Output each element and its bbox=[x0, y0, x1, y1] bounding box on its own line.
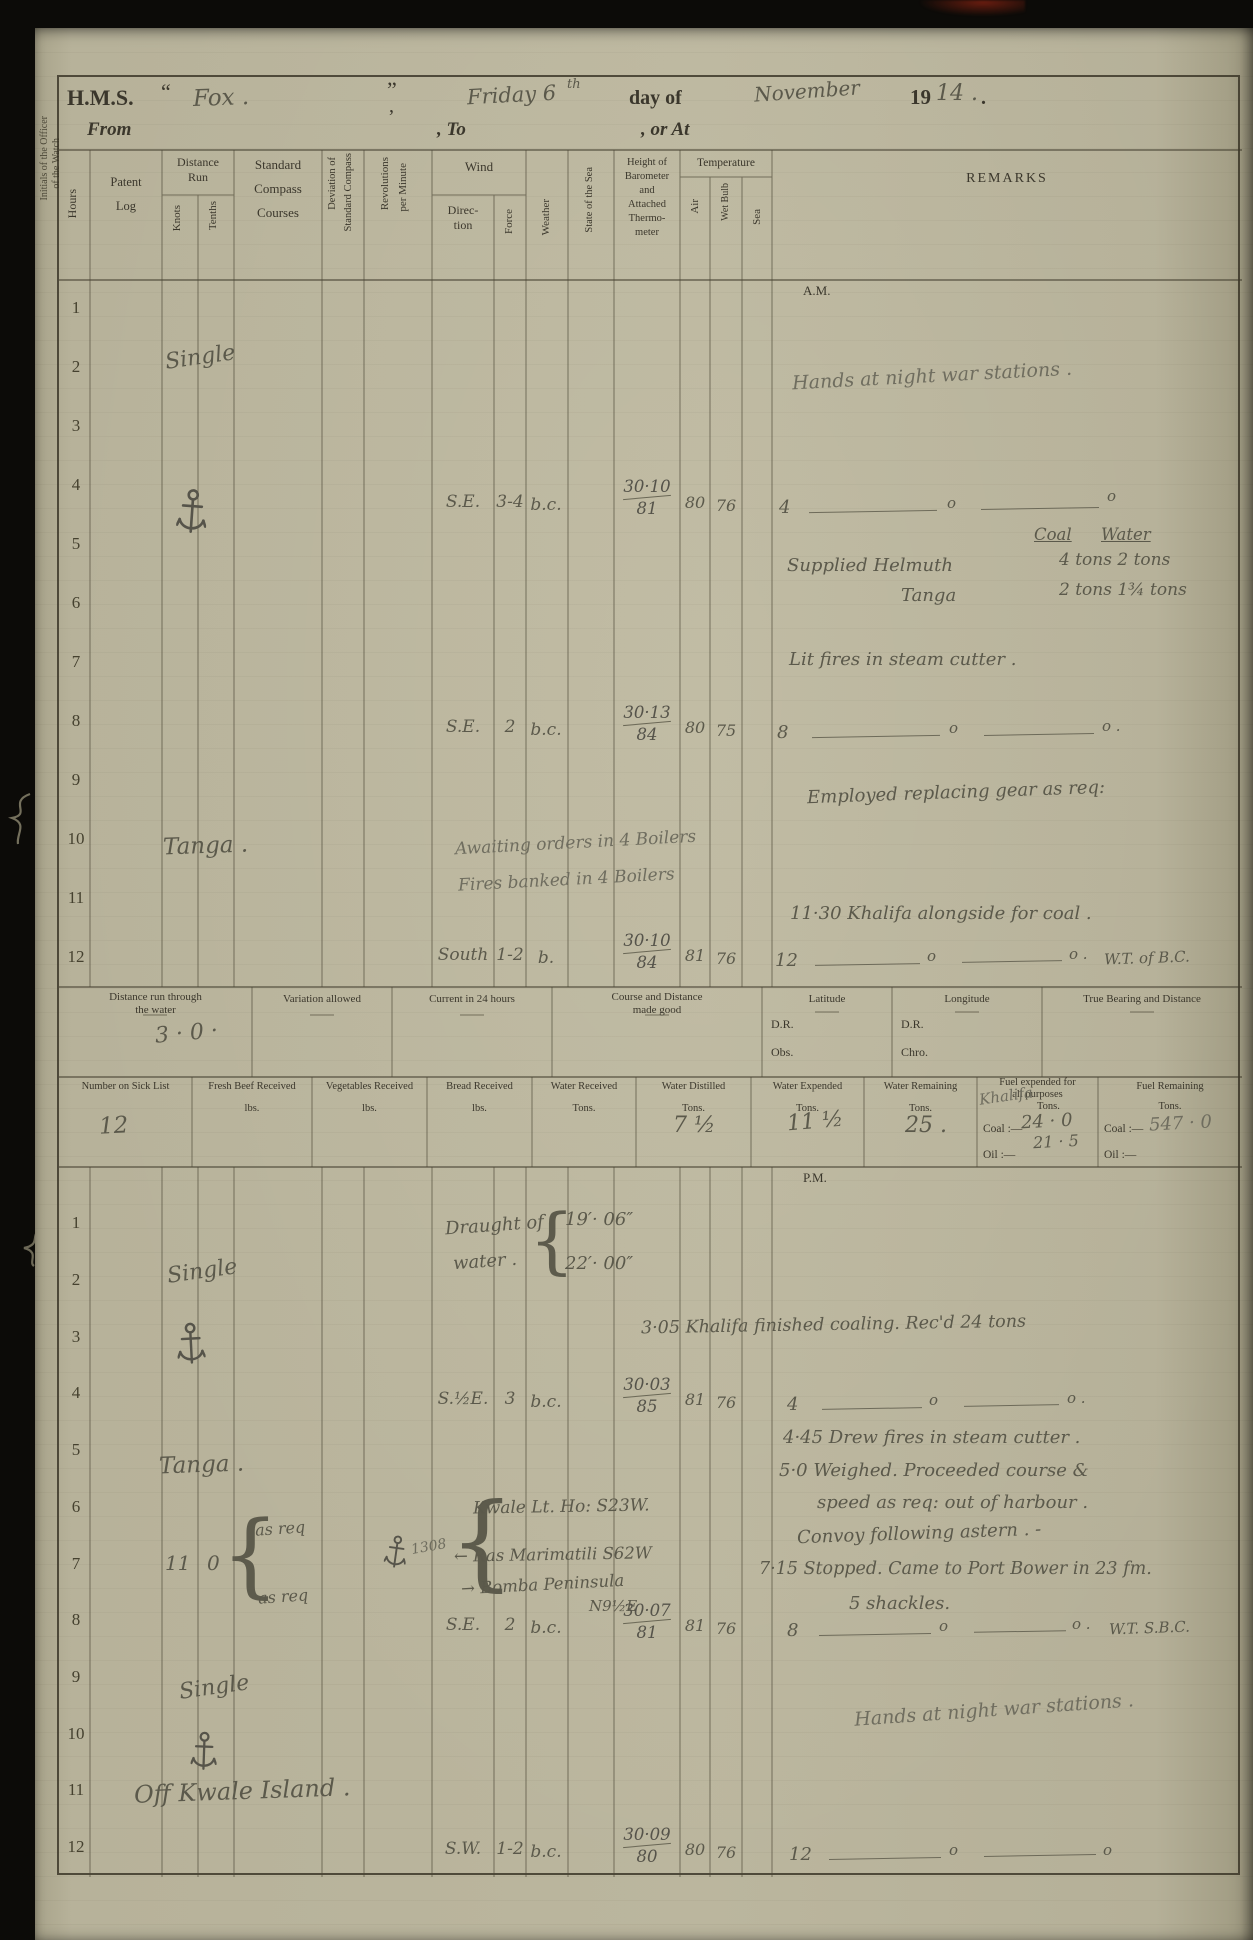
wind-force-entry: 2 bbox=[494, 1615, 526, 1635]
nav-col-longitude: Longitude bbox=[892, 993, 1042, 1005]
barometer-reading: 30·13 bbox=[615, 703, 679, 722]
hour-label: 10 bbox=[62, 1724, 90, 1744]
weather-entry: b.c. bbox=[524, 1618, 568, 1638]
barometer-reading: 30·10 bbox=[615, 931, 679, 950]
remark-khalifa-alongside: 11·30 Khalifa alongside for coal . bbox=[790, 903, 1092, 924]
remark-night-stations: Hands at night war stations . bbox=[792, 358, 1073, 395]
remark-lit-fires: Lit fires in steam cutter . bbox=[789, 649, 1016, 670]
ditto-line bbox=[962, 960, 1062, 963]
dr-label: D.R. bbox=[771, 1017, 794, 1032]
fuel-coal-remaining-value: 547 · 0 bbox=[1148, 1111, 1212, 1135]
stores-col-bread: Bread Received bbox=[427, 1081, 532, 1092]
col-header-deviation: Standard Compass bbox=[343, 153, 354, 231]
barometer-entry: 30·1084 bbox=[615, 931, 679, 972]
boiler-note: Awaiting orders in 4 Boilers bbox=[455, 827, 697, 860]
single-anchor-note: Single bbox=[166, 1254, 239, 1289]
wet-bulb-entry: 76 bbox=[710, 949, 742, 968]
wind-force-entry: 3-4 bbox=[494, 492, 526, 512]
col-header-compass: Standard bbox=[234, 157, 322, 173]
draught-aft-value: 22′· 00″ bbox=[565, 1253, 633, 1274]
coal-label: Coal :— bbox=[1104, 1123, 1143, 1135]
month: November bbox=[753, 75, 860, 106]
ditto-line bbox=[809, 510, 937, 513]
chro-label: Chro. bbox=[901, 1045, 928, 1060]
col-header-force: Force bbox=[503, 209, 515, 234]
to-label: , To bbox=[437, 119, 466, 141]
ditto-mark: o bbox=[929, 1391, 938, 1409]
wind-force-entry: 3 bbox=[494, 1389, 526, 1409]
col-header-wind: Wind bbox=[432, 159, 526, 175]
water-distilled-value: 7 ½ bbox=[673, 1113, 715, 1138]
remark-shackles: 5 shackles. bbox=[849, 1593, 950, 1614]
sick-list-value: 12 bbox=[98, 1112, 129, 1139]
ditto-mark: o bbox=[927, 947, 936, 965]
ditto-line bbox=[815, 963, 920, 966]
single-anchor-note: Single bbox=[178, 1670, 251, 1705]
col-header-barometer: Thermo- bbox=[616, 213, 678, 224]
wet-bulb-entry: 75 bbox=[710, 721, 742, 740]
from-label: From bbox=[87, 119, 131, 141]
barometer-entry: 30·0980 bbox=[615, 1825, 679, 1866]
anchor-icon bbox=[190, 1725, 218, 1781]
boiler-note: Fires banked in 4 Boilers bbox=[458, 864, 675, 895]
weather-entry: b.c. bbox=[524, 720, 568, 740]
wind-direction-entry: S.W. bbox=[432, 1839, 494, 1859]
hour-label: 7 bbox=[62, 652, 90, 672]
nav-col-current: Current in 24 hours bbox=[392, 993, 552, 1005]
ditto-mark: o . bbox=[1072, 1615, 1091, 1633]
remark-hour: 4 bbox=[779, 497, 790, 518]
ditto-line bbox=[819, 1633, 931, 1636]
barometer-entry: 30·0385 bbox=[615, 1375, 679, 1416]
patent-log-tenths-value: 0 bbox=[207, 1551, 220, 1575]
remark-weighed: 5·0 Weighed. Proceeded course & bbox=[779, 1460, 1089, 1481]
weather-entry: b.c. bbox=[524, 1392, 568, 1412]
ditto-line bbox=[822, 1407, 922, 1410]
log-form: H.M.S. “ Fox . ” , Friday 6 th day of No… bbox=[57, 75, 1240, 1875]
distance-water-value: 3 · 0 · bbox=[154, 1018, 219, 1048]
col-header-compass: Compass bbox=[234, 181, 322, 197]
draught-forward-value: 19′· 06″ bbox=[565, 1209, 633, 1230]
ditto-mark: o bbox=[949, 1841, 958, 1859]
remark-weighed: speed as req: out of harbour . bbox=[817, 1492, 1088, 1513]
patent-log-knots-value: 11 bbox=[165, 1551, 190, 1575]
col-header-patent: Log bbox=[90, 199, 162, 214]
unit-label: Tons. bbox=[532, 1103, 636, 1114]
col-header-remarks: REMARKS bbox=[772, 171, 1242, 187]
col-header-revolutions: per Minute bbox=[397, 163, 409, 212]
col-header-knots: Knots bbox=[171, 205, 183, 231]
ditto-mark: o . bbox=[1069, 945, 1088, 963]
oil-label: Oil :— bbox=[1104, 1149, 1136, 1161]
col-header-direction: Direc- bbox=[432, 203, 494, 218]
wet-bulb-entry: 76 bbox=[710, 1393, 742, 1412]
wet-bulb-entry: 76 bbox=[710, 496, 742, 515]
remark-supplied-tanga: Tanga bbox=[901, 585, 956, 606]
ditto-mark: o bbox=[947, 494, 956, 512]
margin-label: Initials of the Officer bbox=[39, 116, 50, 201]
wind-force-entry: 1-2 bbox=[494, 1839, 526, 1859]
am-section-label: A.M. bbox=[803, 283, 830, 299]
col-header-barometer: Barometer bbox=[616, 171, 678, 182]
water-remaining-value: 25 . bbox=[905, 1113, 947, 1138]
hour-label: 5 bbox=[62, 534, 90, 554]
hour-label: 5 bbox=[62, 1440, 90, 1460]
thermometer-reading: 84 bbox=[615, 953, 679, 972]
col-header-direction: tion bbox=[432, 218, 494, 233]
remark-hour: 8 bbox=[787, 1620, 798, 1641]
place-entry-tanga: Tanga . bbox=[163, 832, 249, 861]
ditto-line bbox=[984, 1854, 1096, 1857]
nav-col-variation: Variation allowed bbox=[252, 993, 392, 1005]
nav-col-distance-water: the water bbox=[59, 1004, 252, 1016]
day-of-label: day of bbox=[629, 87, 682, 110]
barometer-reading: 30·03 bbox=[615, 1375, 679, 1394]
year-printed: 19 bbox=[910, 85, 931, 110]
hour-label: 10 bbox=[62, 829, 90, 849]
remark-hour: 12 bbox=[775, 950, 798, 971]
stores-col-water-distilled: Water Distilled bbox=[636, 1081, 751, 1092]
hour-label: 12 bbox=[62, 1837, 90, 1857]
col-header-wet-bulb: Wet Bulb bbox=[720, 183, 731, 221]
officer-initials-mark bbox=[4, 788, 34, 848]
ditto-mark: o bbox=[1103, 1841, 1112, 1859]
unit-label: Tons. bbox=[1098, 1101, 1242, 1112]
wind-force-entry: 2 bbox=[494, 717, 526, 737]
stores-col-water-expended: Water Expended bbox=[751, 1081, 864, 1092]
hour-label: 9 bbox=[62, 1667, 90, 1687]
col-header-barometer: meter bbox=[616, 227, 678, 238]
as-required-note: as req bbox=[254, 1517, 305, 1539]
nav-col-distance-water: Distance run through bbox=[59, 991, 252, 1003]
wet-bulb-entry: 76 bbox=[710, 1619, 742, 1638]
remark-night-stations: Hands at night war stations . bbox=[854, 1689, 1135, 1730]
log-date: Friday 6 bbox=[466, 81, 556, 110]
ditto-mark: o bbox=[949, 719, 958, 737]
ditto-mark: o . bbox=[1067, 1389, 1086, 1407]
wind-force-entry: 1-2 bbox=[494, 945, 526, 965]
air-temp-entry: 81 bbox=[680, 1390, 710, 1409]
thermometer-reading: 85 bbox=[615, 1397, 679, 1416]
wind-direction-entry: S.E. bbox=[432, 1615, 494, 1635]
oil-label: Oil :— bbox=[983, 1149, 1015, 1161]
draught-note: water . bbox=[452, 1249, 517, 1274]
hour-label: 3 bbox=[62, 1327, 90, 1347]
thermometer-reading: 84 bbox=[615, 725, 679, 744]
wet-bulb-entry: 76 bbox=[710, 1843, 742, 1862]
remark-employed: Employed replacing gear as req: bbox=[807, 777, 1106, 808]
remark-supplied: Supplied Helmuth bbox=[787, 555, 953, 576]
hour-label: 8 bbox=[62, 711, 90, 731]
water-heading: Water bbox=[1101, 525, 1151, 544]
col-header-compass: Courses bbox=[234, 205, 322, 221]
col-header-distance-run: Distance bbox=[162, 155, 234, 170]
barometer-entry: 30·1081 bbox=[615, 477, 679, 518]
col-header-patent: Patent bbox=[90, 175, 162, 190]
weather-entry: b. bbox=[524, 948, 568, 968]
anchor-icon bbox=[382, 1528, 410, 1579]
comma: , bbox=[389, 95, 394, 118]
ditto-mark: o . bbox=[1102, 717, 1121, 735]
stores-col-water-received: Water Received bbox=[532, 1081, 636, 1092]
stores-col-fuel-remaining: Fuel Remaining bbox=[1098, 1081, 1242, 1092]
thermometer-reading: 81 bbox=[615, 499, 679, 518]
anchor-icon bbox=[175, 1314, 206, 1375]
col-header-hours: Hours bbox=[65, 189, 80, 218]
wt-note: W.T. of B.C. bbox=[1104, 948, 1190, 969]
barometer-entry: 30·0781 bbox=[615, 1601, 679, 1642]
col-header-sea-state: State of the Sea bbox=[584, 167, 595, 233]
thermometer-reading: 80 bbox=[615, 1847, 679, 1866]
hour-label: 6 bbox=[62, 593, 90, 613]
ditto-line bbox=[984, 733, 1094, 736]
ship-name: Fox . bbox=[193, 84, 250, 112]
barometer-reading: 30·09 bbox=[615, 1825, 679, 1844]
bearing-entry: Kwale Lt. Ho: S23W. bbox=[473, 1495, 650, 1518]
col-header-tenths: Tenths bbox=[207, 201, 219, 230]
unit-label: lbs. bbox=[192, 1103, 312, 1114]
ditto-line bbox=[974, 1630, 1066, 1633]
col-header-distance-run: Run bbox=[162, 170, 234, 185]
remark-hour: 12 bbox=[789, 1844, 812, 1865]
wind-direction-entry: South bbox=[432, 945, 494, 965]
supplied-amounts: 4 tons 2 tons bbox=[1059, 550, 1170, 570]
pm-section-label: P.M. bbox=[803, 1170, 827, 1186]
hour-label: 11 bbox=[62, 1780, 90, 1800]
nav-col-true-bearing: True Bearing and Distance bbox=[1042, 993, 1242, 1005]
fuel-coal-expended-value: 24 · 0 bbox=[1020, 1110, 1073, 1134]
period: . bbox=[981, 87, 986, 110]
thermometer-reading: 81 bbox=[615, 1623, 679, 1642]
remark-hour: 8 bbox=[777, 722, 788, 743]
hour-label: 7 bbox=[62, 1554, 90, 1574]
anchor-icon bbox=[175, 480, 209, 546]
col-header-barometer: Height of bbox=[616, 157, 678, 168]
nav-col-course-distance: Course and Distance bbox=[552, 991, 762, 1003]
wind-direction-entry: S.E. bbox=[432, 717, 494, 737]
or-at-label: , or At bbox=[641, 119, 689, 141]
single-anchor-note: Single bbox=[164, 340, 237, 375]
place-entry-kwale: Off Kwale Island . bbox=[134, 1773, 351, 1809]
hour-label: 11 bbox=[62, 888, 90, 908]
col-header-barometer: Attached bbox=[616, 199, 678, 210]
air-temp-entry: 80 bbox=[680, 718, 710, 737]
ditto-mark: o bbox=[1107, 487, 1116, 505]
air-temp-entry: 80 bbox=[680, 1840, 710, 1859]
ditto-line bbox=[981, 507, 1099, 510]
supplied-amounts: 2 tons 1¾ tons bbox=[1059, 580, 1187, 600]
open-quote: “ bbox=[161, 79, 171, 105]
place-entry-tanga: Tanga . bbox=[159, 1451, 245, 1480]
as-required-note: as req bbox=[257, 1585, 308, 1607]
col-header-sea: Sea bbox=[751, 209, 763, 225]
hms-label: H.M.S. bbox=[67, 85, 134, 111]
wind-direction-entry: S.E. bbox=[432, 492, 494, 512]
anchor-annotation: 1308 bbox=[410, 1536, 448, 1558]
air-temp-entry: 81 bbox=[680, 1616, 710, 1635]
stores-col-vegetables: Vegetables Received bbox=[312, 1081, 427, 1092]
hour-label: 12 bbox=[62, 947, 90, 967]
hour-label: 4 bbox=[62, 475, 90, 495]
nav-col-latitude: Latitude bbox=[762, 993, 892, 1005]
water-expended-value: 11 ½ bbox=[786, 1107, 844, 1137]
hour-label: 2 bbox=[62, 1270, 90, 1290]
bearing-entry: ← Ras Marimatili S62W bbox=[454, 1543, 652, 1565]
dr-label: D.R. bbox=[901, 1017, 924, 1032]
wind-direction-entry: S.½E. bbox=[432, 1389, 494, 1409]
remark-stopped-anchored: 7·15 Stopped. Came to Port Bower in 23 f… bbox=[759, 1559, 1152, 1579]
weather-entry: b.c. bbox=[524, 1842, 568, 1862]
barometer-reading: 30·10 bbox=[615, 477, 679, 496]
hour-label: 2 bbox=[62, 357, 90, 377]
date-ordinal: th bbox=[567, 77, 581, 92]
ditto-line bbox=[964, 1404, 1059, 1407]
barometer-entry: 30·1384 bbox=[615, 703, 679, 744]
col-header-revolutions: Revolutions bbox=[379, 157, 391, 210]
coal-label: Coal :— bbox=[983, 1123, 1022, 1135]
ditto-mark: o bbox=[939, 1617, 948, 1635]
hour-label: 8 bbox=[62, 1610, 90, 1630]
ink-smudge bbox=[920, 0, 1025, 16]
nav-col-course-distance: made good bbox=[552, 1004, 762, 1016]
hour-label: 3 bbox=[62, 416, 90, 436]
hour-label: 4 bbox=[62, 1383, 90, 1403]
hour-label: 9 bbox=[62, 770, 90, 790]
col-header-temperature: Temperature bbox=[680, 157, 772, 169]
weather-entry: b.c. bbox=[524, 495, 568, 515]
hour-label: 6 bbox=[62, 1497, 90, 1517]
year-written: 14 . bbox=[936, 81, 978, 106]
barometer-reading: 30·07 bbox=[615, 1601, 679, 1620]
log-sheet: Initials of the Officer of the Watch H.M… bbox=[35, 28, 1253, 1940]
hour-label: 1 bbox=[62, 298, 90, 318]
col-header-barometer: and bbox=[616, 185, 678, 196]
unit-label: lbs. bbox=[427, 1103, 532, 1114]
wt-note: W.T. S.B.C. bbox=[1109, 1618, 1191, 1639]
ditto-line bbox=[829, 1857, 941, 1860]
stores-col-water-remaining: Water Remaining bbox=[864, 1081, 977, 1092]
air-temp-entry: 80 bbox=[680, 493, 710, 512]
obs-label: Obs. bbox=[771, 1045, 793, 1060]
air-temp-entry: 81 bbox=[680, 946, 710, 965]
unit-label: lbs. bbox=[312, 1103, 427, 1114]
col-header-air: Air bbox=[689, 199, 701, 214]
stores-col-fuel-expended: Fuel expended for bbox=[977, 1077, 1098, 1088]
col-header-weather: Weather bbox=[540, 199, 552, 235]
stores-col-beef: Fresh Beef Received bbox=[192, 1081, 312, 1092]
coal-heading: Coal bbox=[1034, 525, 1072, 544]
remark-finished-coaling: 3·05 Khalifa finished coaling. Rec'd 24 … bbox=[641, 1312, 1026, 1339]
col-header-deviation: Deviation of bbox=[327, 157, 338, 210]
hour-label: 1 bbox=[62, 1213, 90, 1233]
stores-col-sick-list: Number on Sick List bbox=[59, 1081, 192, 1092]
scanned-logbook-page: Initials of the Officer of the Watch H.M… bbox=[0, 0, 1253, 1940]
remark-hour: 4 bbox=[787, 1394, 798, 1415]
remark-convoy: Convoy following astern . - bbox=[797, 1519, 1042, 1549]
fuel-coal-expended-value2: 21 · 5 bbox=[1033, 1131, 1080, 1152]
remark-drew-fires: 4·45 Drew fires in steam cutter . bbox=[783, 1427, 1080, 1448]
ditto-line bbox=[812, 735, 940, 738]
